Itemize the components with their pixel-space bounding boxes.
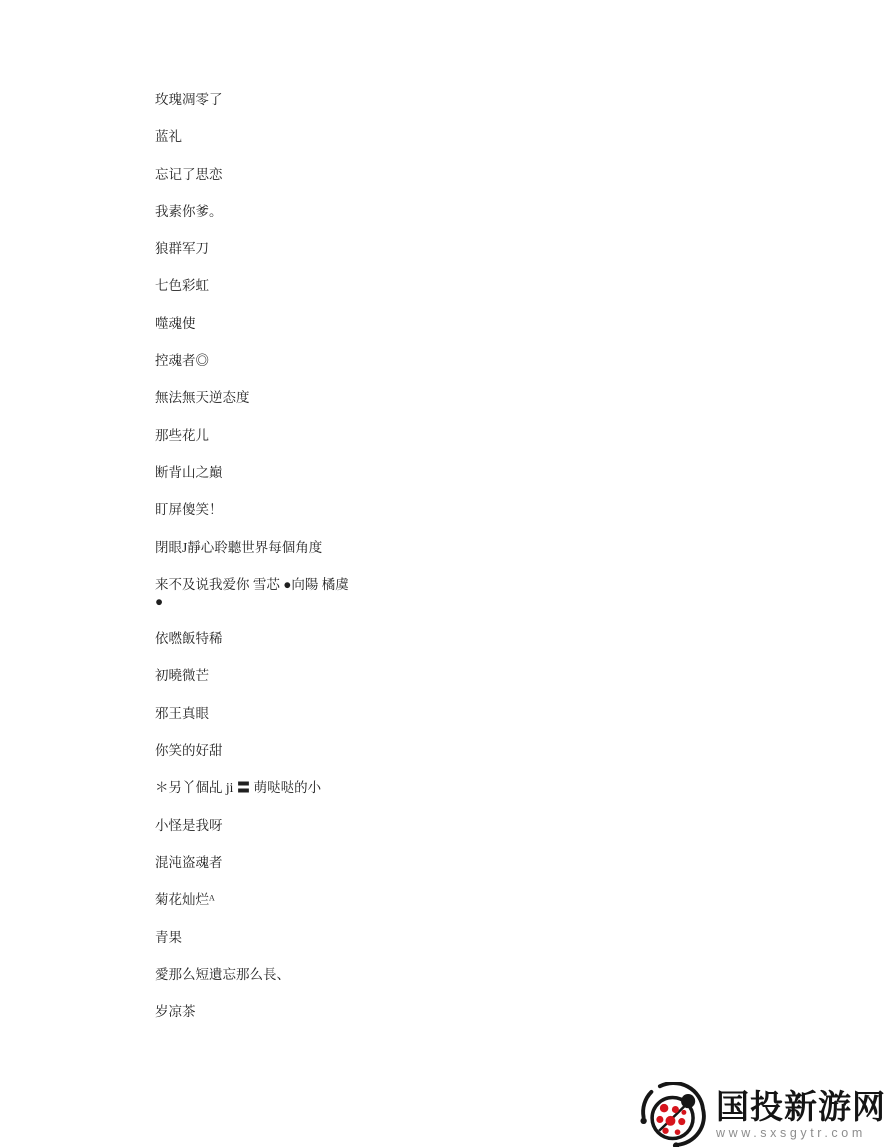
name-list: 玫瑰凋零了蓝礼忘记了思恋我素你爹。狼群军刀七色彩虹噬魂使控魂者◎無法無天逆态度那… [155,91,353,1040]
list-item: 玫瑰凋零了 [155,91,353,108]
list-item: 我素你爹。 [155,203,353,220]
list-item: 忘记了思恋 [155,166,353,183]
list-item: 来不及说我爱你 雪芯 ●向陽 橘虞 ● [155,576,353,610]
site-name: 国投新游网 [716,1089,886,1125]
list-item: 控魂者◎ [155,352,353,369]
page: { "page": { "background_color": "#ffffff… [0,0,886,1147]
list-item: 依嘫飯特稀 [155,630,353,647]
list-item: 小怪是我呀 [155,817,353,834]
site-url: www.sxsgytr.com [716,1126,886,1140]
list-item: 噬魂使 [155,315,353,332]
list-item: ＊另丫個乩 ji 〓 萌哒哒的小 [155,779,353,796]
list-item: 那些花儿 [155,427,353,444]
list-item: 無法無天逆态度 [155,389,353,406]
list-item: 你笑的好甜 [155,742,353,759]
ladybug-icon [638,1082,710,1147]
list-item: 邪王真眼 [155,705,353,722]
list-item: 閉眼J靜心聆聽世界每個角度 [155,539,353,556]
list-item: 岁凉茶 [155,1003,353,1020]
list-item: 初曉微芒 [155,667,353,684]
list-item: 混沌盗魂者 [155,854,353,871]
list-item: 菊花灿烂ᴬ [155,891,353,908]
site-logo: 国投新游网 www.sxsgytr.com [638,1082,886,1147]
list-item: 愛那么短遺忘那么長、 [155,966,353,983]
list-item: 盯屏傻笑！ [155,501,353,518]
list-item: 青果 [155,929,353,946]
logo-text: 国投新游网 www.sxsgytr.com [716,1089,886,1140]
list-item: 断背山之巔 [155,464,353,481]
list-item: 狼群军刀 [155,240,353,257]
list-item: 蓝礼 [155,128,353,145]
list-item: 七色彩虹 [155,277,353,294]
